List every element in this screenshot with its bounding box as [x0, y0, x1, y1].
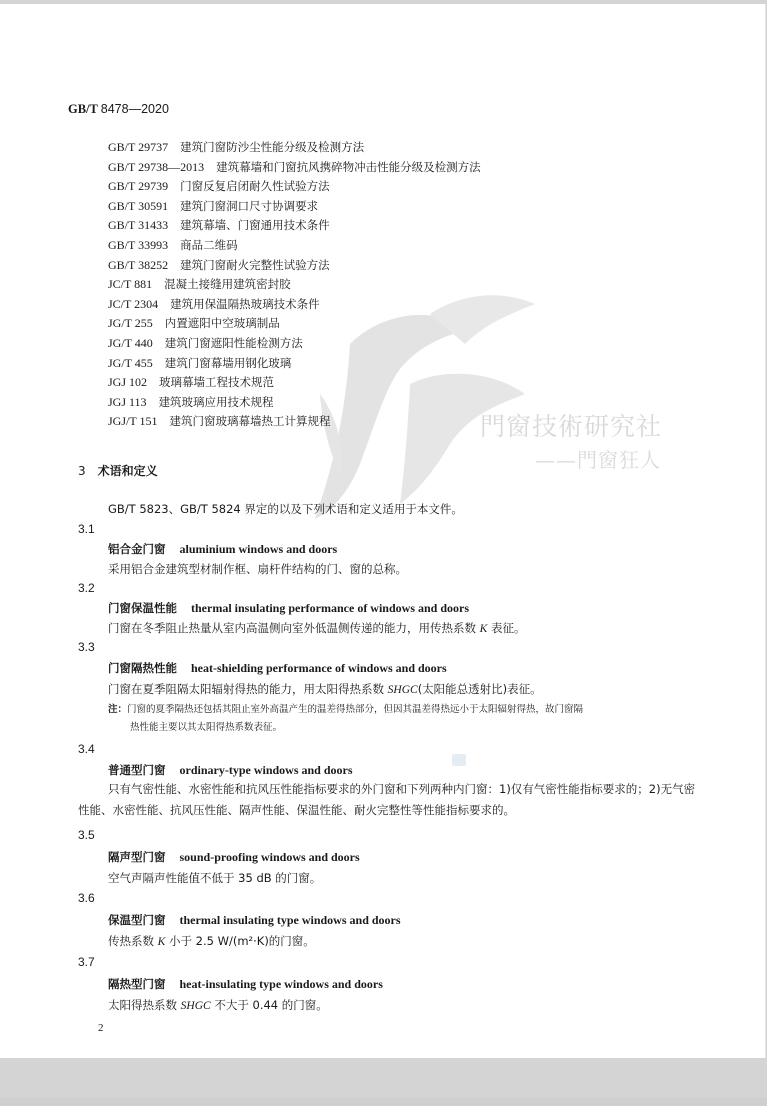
section-title: 术语和定义 — [98, 464, 158, 478]
stamp-icon — [452, 754, 466, 766]
term-title: 门窗保温性能thermal insulating performance of … — [108, 600, 469, 616]
reference-item: JGJ/T 151建筑门窗玻璃幕墙热工计算规程 — [108, 412, 481, 432]
term-note: 注：门窗的夏季隔热还包括其阻止室外高温产生的温差得热部分，但因其温差得热远小于太… — [108, 701, 708, 737]
reference-item: JG/T 440建筑门窗遮阳性能检测方法 — [108, 334, 481, 354]
reference-item: JG/T 455建筑门窗幕墙用钢化玻璃 — [108, 354, 481, 374]
term-number: 3.1 — [78, 522, 95, 536]
reference-item: GB/T 33993商品二维码 — [108, 236, 481, 256]
term-title: 普通型门窗ordinary-type windows and doors — [108, 762, 353, 778]
term-title: 门窗隔热性能heat-shielding performance of wind… — [108, 660, 447, 676]
reference-item: GB/T 31433建筑幕墙、门窗通用技术条件 — [108, 216, 481, 236]
reference-item: GB/T 29739门窗反复启闭耐久性试验方法 — [108, 177, 481, 197]
document-page: 門窗技術研究社 ——門窗狂人 GB/T 8478—2020 GB/T 29737… — [0, 4, 766, 1058]
page-number: 2 — [98, 1022, 104, 1034]
doc-code-number: 8478—2020 — [101, 102, 169, 116]
reference-item: GB/T 30591建筑门窗洞口尺寸协调要求 — [108, 197, 481, 217]
term-definition: 只有气密性能、水密性能和抗风压性能指标要求的外门窗和下列两种内门窗：1)仅有气密… — [78, 779, 698, 821]
watermark-subtext: ——門窗狂人 — [535, 444, 661, 473]
term-number: 3.3 — [78, 640, 95, 654]
term-definition: 传热系数 K 小于 2.5 W/(m²·K)的门窗。 — [108, 933, 315, 949]
term-title: 隔声型门窗sound-proofing windows and doors — [108, 849, 360, 865]
doc-code-prefix: GB/T — [68, 102, 98, 116]
term-title: 保温型门窗thermal insulating type windows and… — [108, 912, 401, 928]
reference-item: JC/T 2304建筑用保温隔热玻璃技术条件 — [108, 295, 481, 315]
term-title: 隔热型门窗heat-insulating type windows and do… — [108, 976, 383, 992]
term-number: 3.4 — [78, 742, 95, 756]
term-title: 铝合金门窗aluminium windows and doors — [108, 541, 337, 557]
term-number: 3.5 — [78, 828, 95, 842]
reference-item: JG/T 255内置遮阳中空玻璃制品 — [108, 314, 481, 334]
page-separator — [0, 1098, 767, 1106]
reference-item: GB/T 38252建筑门窗耐火完整性试验方法 — [108, 256, 481, 276]
normative-references-list: GB/T 29737建筑门窗防沙尘性能分级及检测方法 GB/T 29738—20… — [108, 138, 481, 432]
term-definition: 门窗在夏季阻隔太阳辐射得热的能力，用太阳得热系数 SHGC(太阳能总透射比)表征… — [108, 681, 542, 697]
section-heading: 3术语和定义 — [78, 462, 158, 479]
reference-item: GB/T 29738—2013建筑幕墙和门窗抗风携碎物冲击性能分级及检测方法 — [108, 158, 481, 178]
term-definition: 采用铝合金建筑型材制作框、扇杆件结构的门、窗的总称。 — [108, 561, 407, 577]
reference-item: GB/T 29737建筑门窗防沙尘性能分级及检测方法 — [108, 138, 481, 158]
term-number: 3.2 — [78, 581, 95, 595]
section-number: 3 — [78, 464, 86, 478]
term-number: 3.6 — [78, 891, 95, 905]
term-definition: 太阳得热系数 SHGC 不大于 0.44 的门窗。 — [108, 997, 328, 1013]
term-definition: 空气声隔声性能值不低于 35 dB 的门窗。 — [108, 870, 321, 886]
term-number: 3.7 — [78, 955, 95, 969]
reference-item: JGJ 102玻璃幕墙工程技术规范 — [108, 373, 481, 393]
term-definition: 门窗在冬季阻止热量从室内高温侧向室外低温侧传递的能力，用传热系数 K 表征。 — [108, 620, 525, 636]
reference-item: JC/T 881混凝土接缝用建筑密封胶 — [108, 275, 481, 295]
reference-item: JGJ 113建筑玻璃应用技术规程 — [108, 393, 481, 413]
section-intro: GB/T 5823、GB/T 5824 界定的以及下列术语和定义适用于本文件。 — [108, 501, 463, 517]
document-code: GB/T 8478—2020 — [68, 102, 169, 117]
watermark-text: 門窗技術研究社 — [480, 407, 662, 443]
